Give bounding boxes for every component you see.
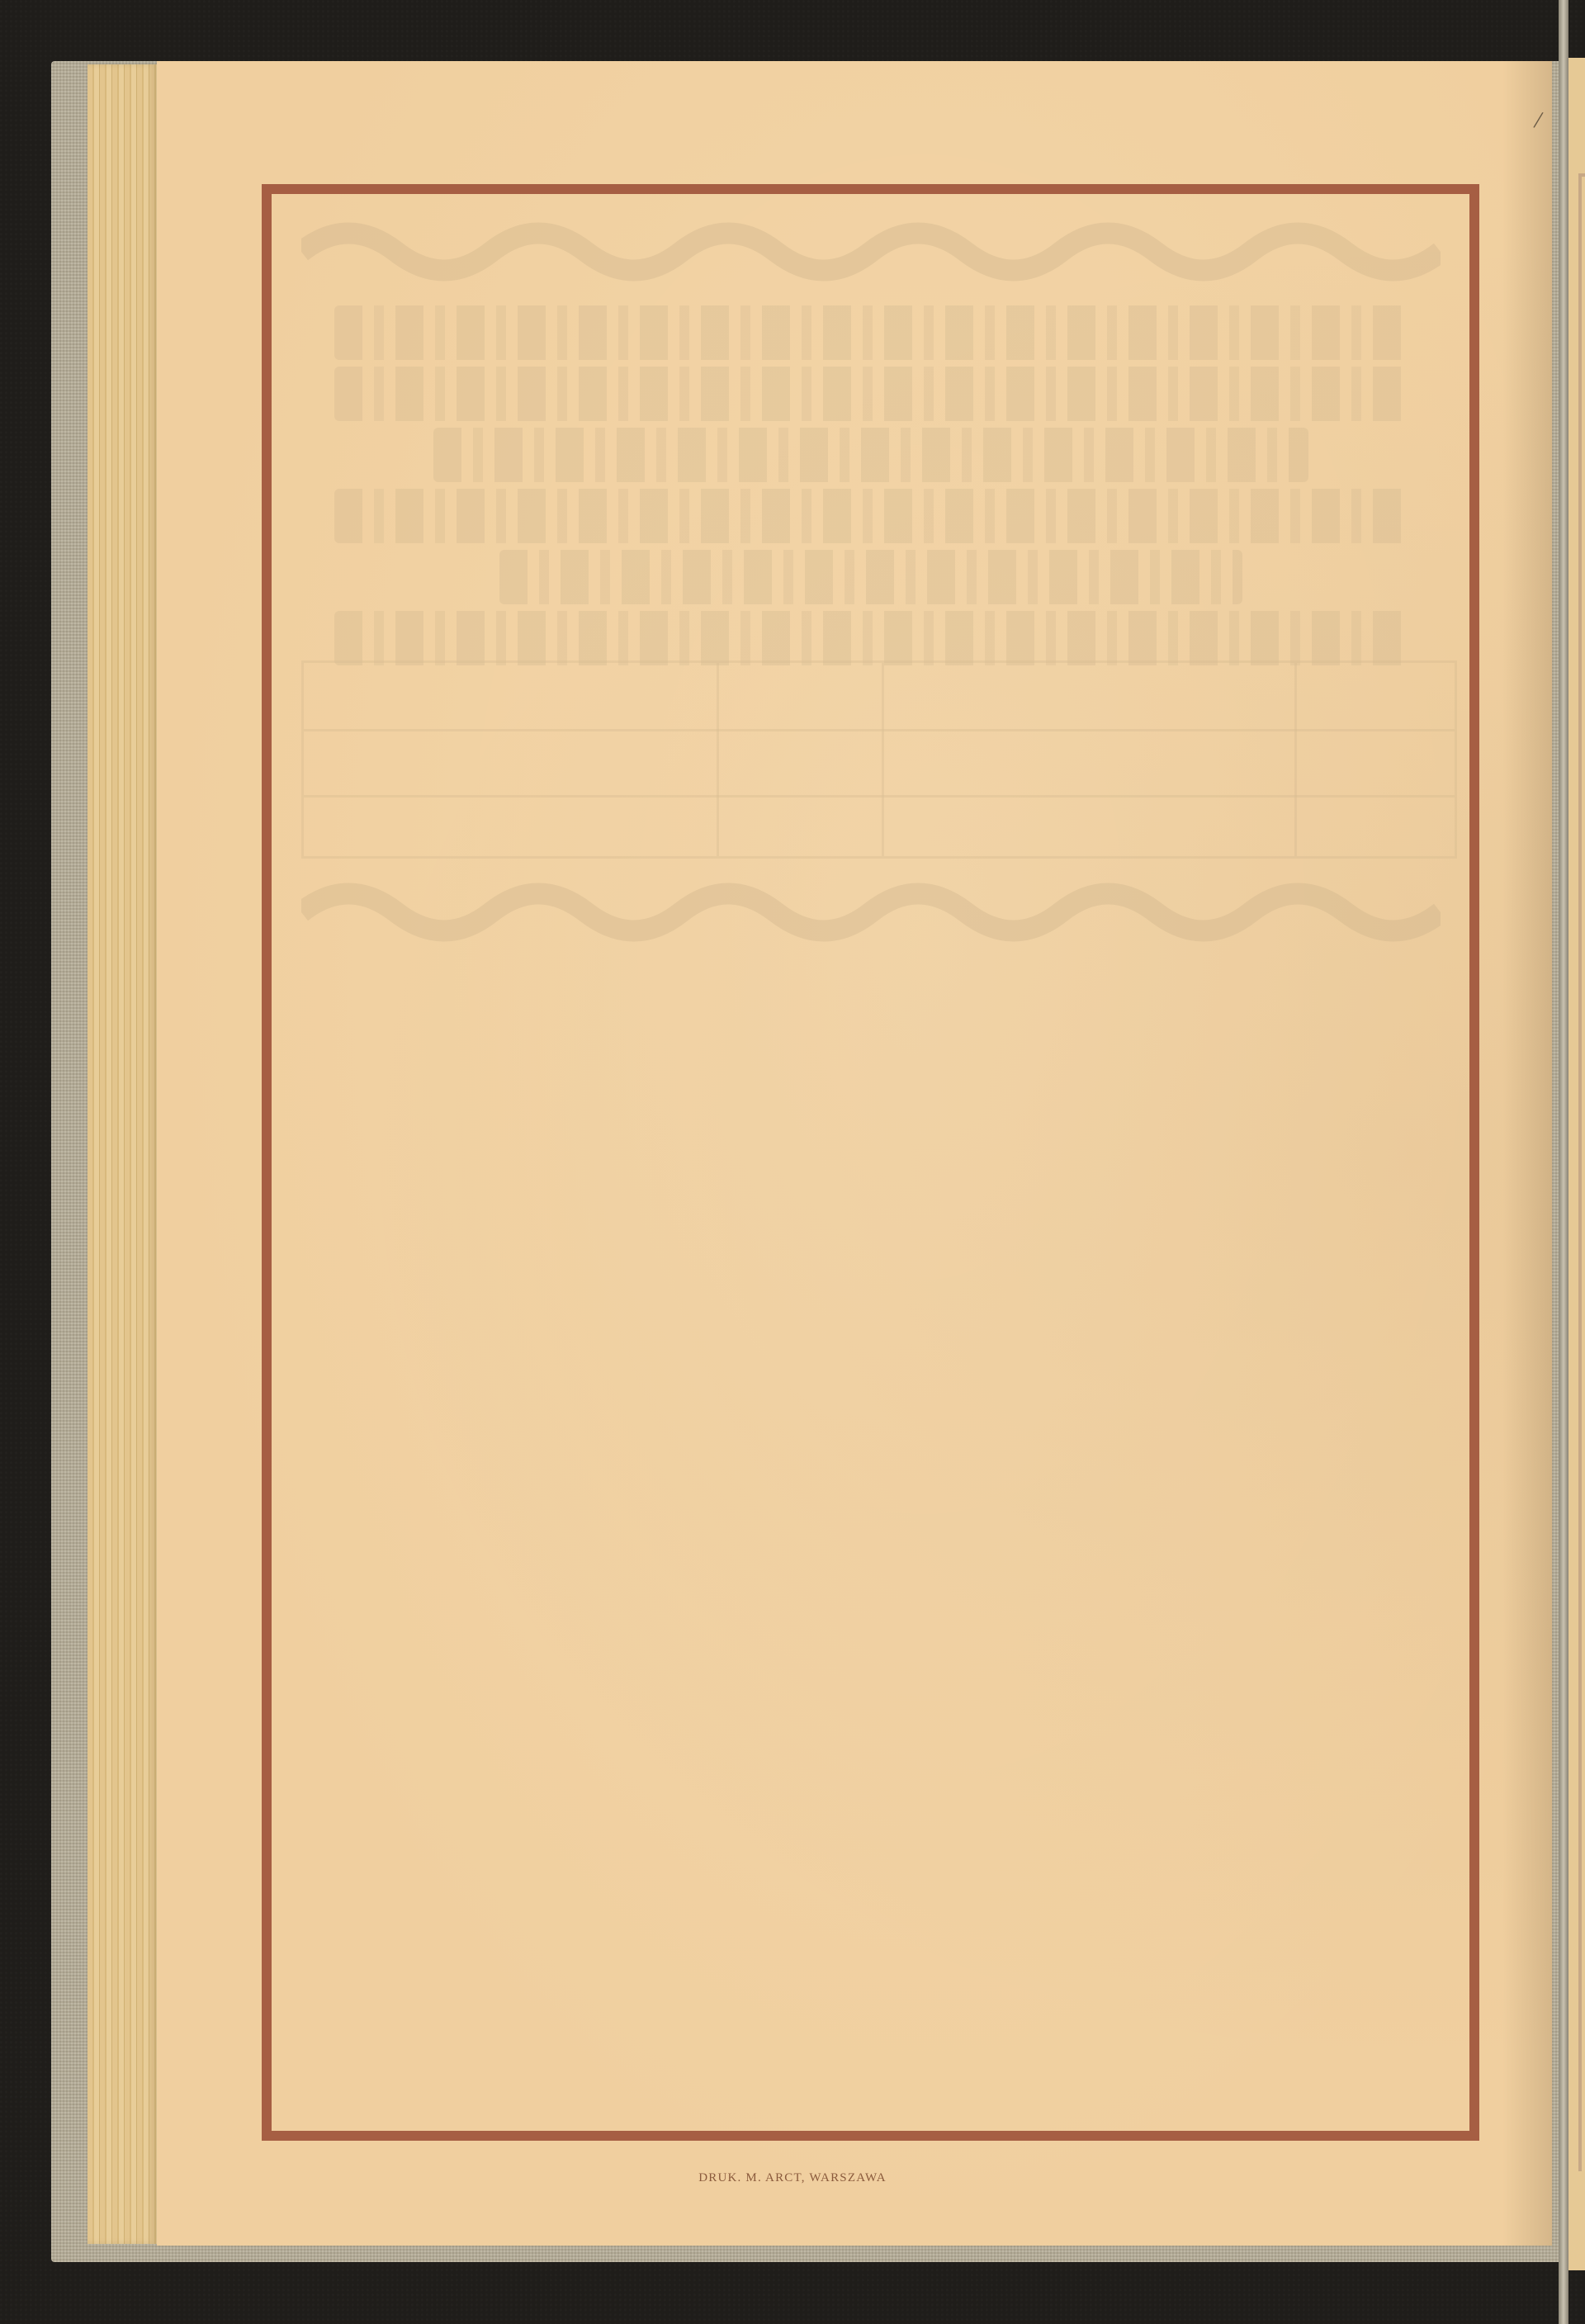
- printer-imprint: DRUK. M. ARCT, WARSZAWA: [0, 2171, 1585, 2185]
- page-block-edges: [88, 64, 157, 2244]
- spine-strip: [1559, 0, 1568, 2324]
- adjacent-page-frame: [1578, 173, 1585, 2171]
- gutter-shadow: [1502, 61, 1552, 2246]
- printed-border-frame: [262, 184, 1479, 2141]
